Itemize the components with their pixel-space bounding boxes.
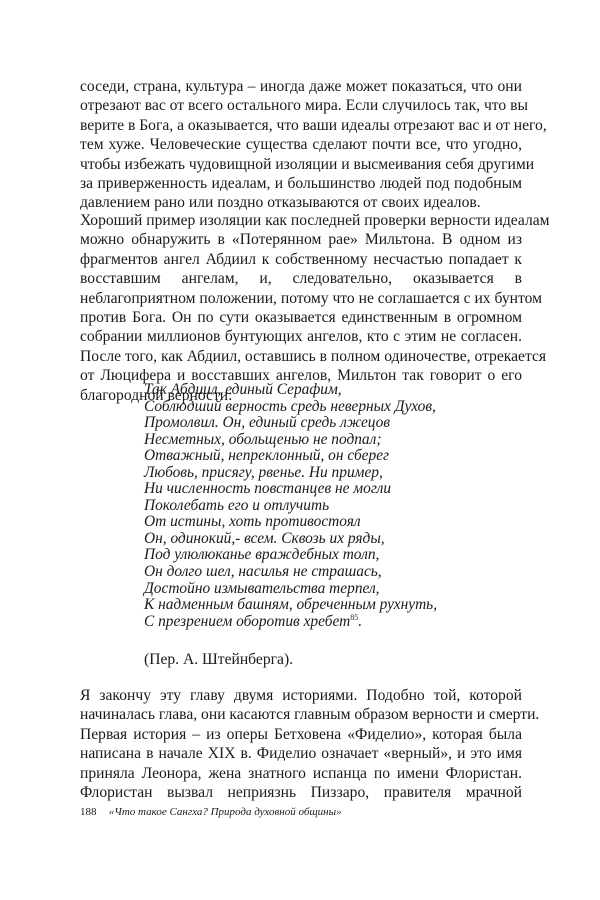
poem-line: Отважный, непреклонный, он сберег [144,448,437,465]
text-line: за приверженность идеалам, и большинство… [80,174,522,193]
poem-line: Поколебать его и отлучить [144,498,437,515]
poem-line: Он, одинокий,- всем. Сквозь их ряды, [144,531,437,548]
text-line: давлением рано или поздно отказываются о… [80,193,522,212]
footnote-ref[interactable]: 85 [350,613,358,622]
book-page: соседи, страна, культура – иногда даже м… [0,0,600,900]
paragraph-3: Я закончу эту главу двумя историями. Под… [80,686,522,802]
text-line: неблагоприятном положении, потому что не… [80,289,522,308]
poem-line: Он долго шел, насилья не страшась, [144,564,437,581]
text-line: Я закончу эту главу двумя историями. Под… [80,686,522,705]
poem-line: Ни численность повстанцев не могли [144,481,437,498]
page-footer: 188 «Что такое Сангха? Природа духовной … [80,805,342,819]
text-line: Хороший пример изоляции как последней пр… [80,211,522,230]
poem-line: Достойно измывательства терпел, [144,581,437,598]
running-title: «Что такое Сангха? Природа духовной общи… [109,806,342,818]
text-line: приняла Леонора, жена знатного испанца п… [80,764,522,783]
poem-line-text: С презрением оборотив хребет [144,613,350,630]
text-line: можно обнаружить в «Потерянном рае» Миль… [80,230,522,249]
poem-quote: Так Абдиил, единый Серафим, Соблюдший ве… [144,382,437,630]
poem-line: К надменным башням, обреченным рухнуть, [144,597,437,614]
text-line: тем хуже. Человеческие существа сделают … [80,135,522,154]
page-number: 188 [80,805,106,819]
text-line: Первая история – из оперы Бетховена «Фид… [80,725,522,744]
paragraph-1: соседи, страна, культура – иногда даже м… [80,77,522,213]
text-line: собрании миллионов бунтующих ангелов, кт… [80,327,522,346]
poem-line: Любовь, присягу, рвенье. Ни пример, [144,465,437,482]
text-line: чтобы избежать чудовищной изоляции и выс… [80,155,522,174]
poem-line: Соблюдший верность средь неверных Духов, [144,399,437,416]
text-line: Флористан вызвал неприязнь Пиззаро, прав… [80,783,522,802]
poem-line: Под улюлюканье враждебных толп, [144,547,437,564]
text-line: соседи, страна, культура – иногда даже м… [80,77,522,96]
text-line: фрагментов ангел Абдиил к собственному н… [80,250,522,269]
poem-line: От истины, хоть противостоял [144,514,437,531]
poem-line: Так Абдиил, единый Серафим, [144,382,437,399]
text-line: начиналась глава, они касаются главным о… [80,705,522,724]
poem-final-punct: . [358,613,362,630]
text-line: верите в Бога, а оказывается, что ваши и… [80,116,522,135]
poem-line: Промолвил. Он, единый средь лжецов [144,415,437,432]
poem-line: Несметных, обольщенью не подпал; [144,432,437,449]
text-line: против Бога. Он по сути оказывается един… [80,308,522,327]
text-line: написана в начале XIX в. Фиделио означае… [80,744,522,763]
text-line: После того, как Абдиил, оставшись в полн… [80,347,522,366]
poem-last-line: С презрением оборотив хребет85. [144,614,437,631]
text-line: отрезают вас от всего остального мира. Е… [80,96,522,115]
text-line: восставшим ангелам, и, следовательно, ок… [80,269,522,288]
translator-credit: (Пер. А. Штейнберга). [144,650,293,669]
paragraph-2: Хороший пример изоляции как последней пр… [80,211,522,405]
